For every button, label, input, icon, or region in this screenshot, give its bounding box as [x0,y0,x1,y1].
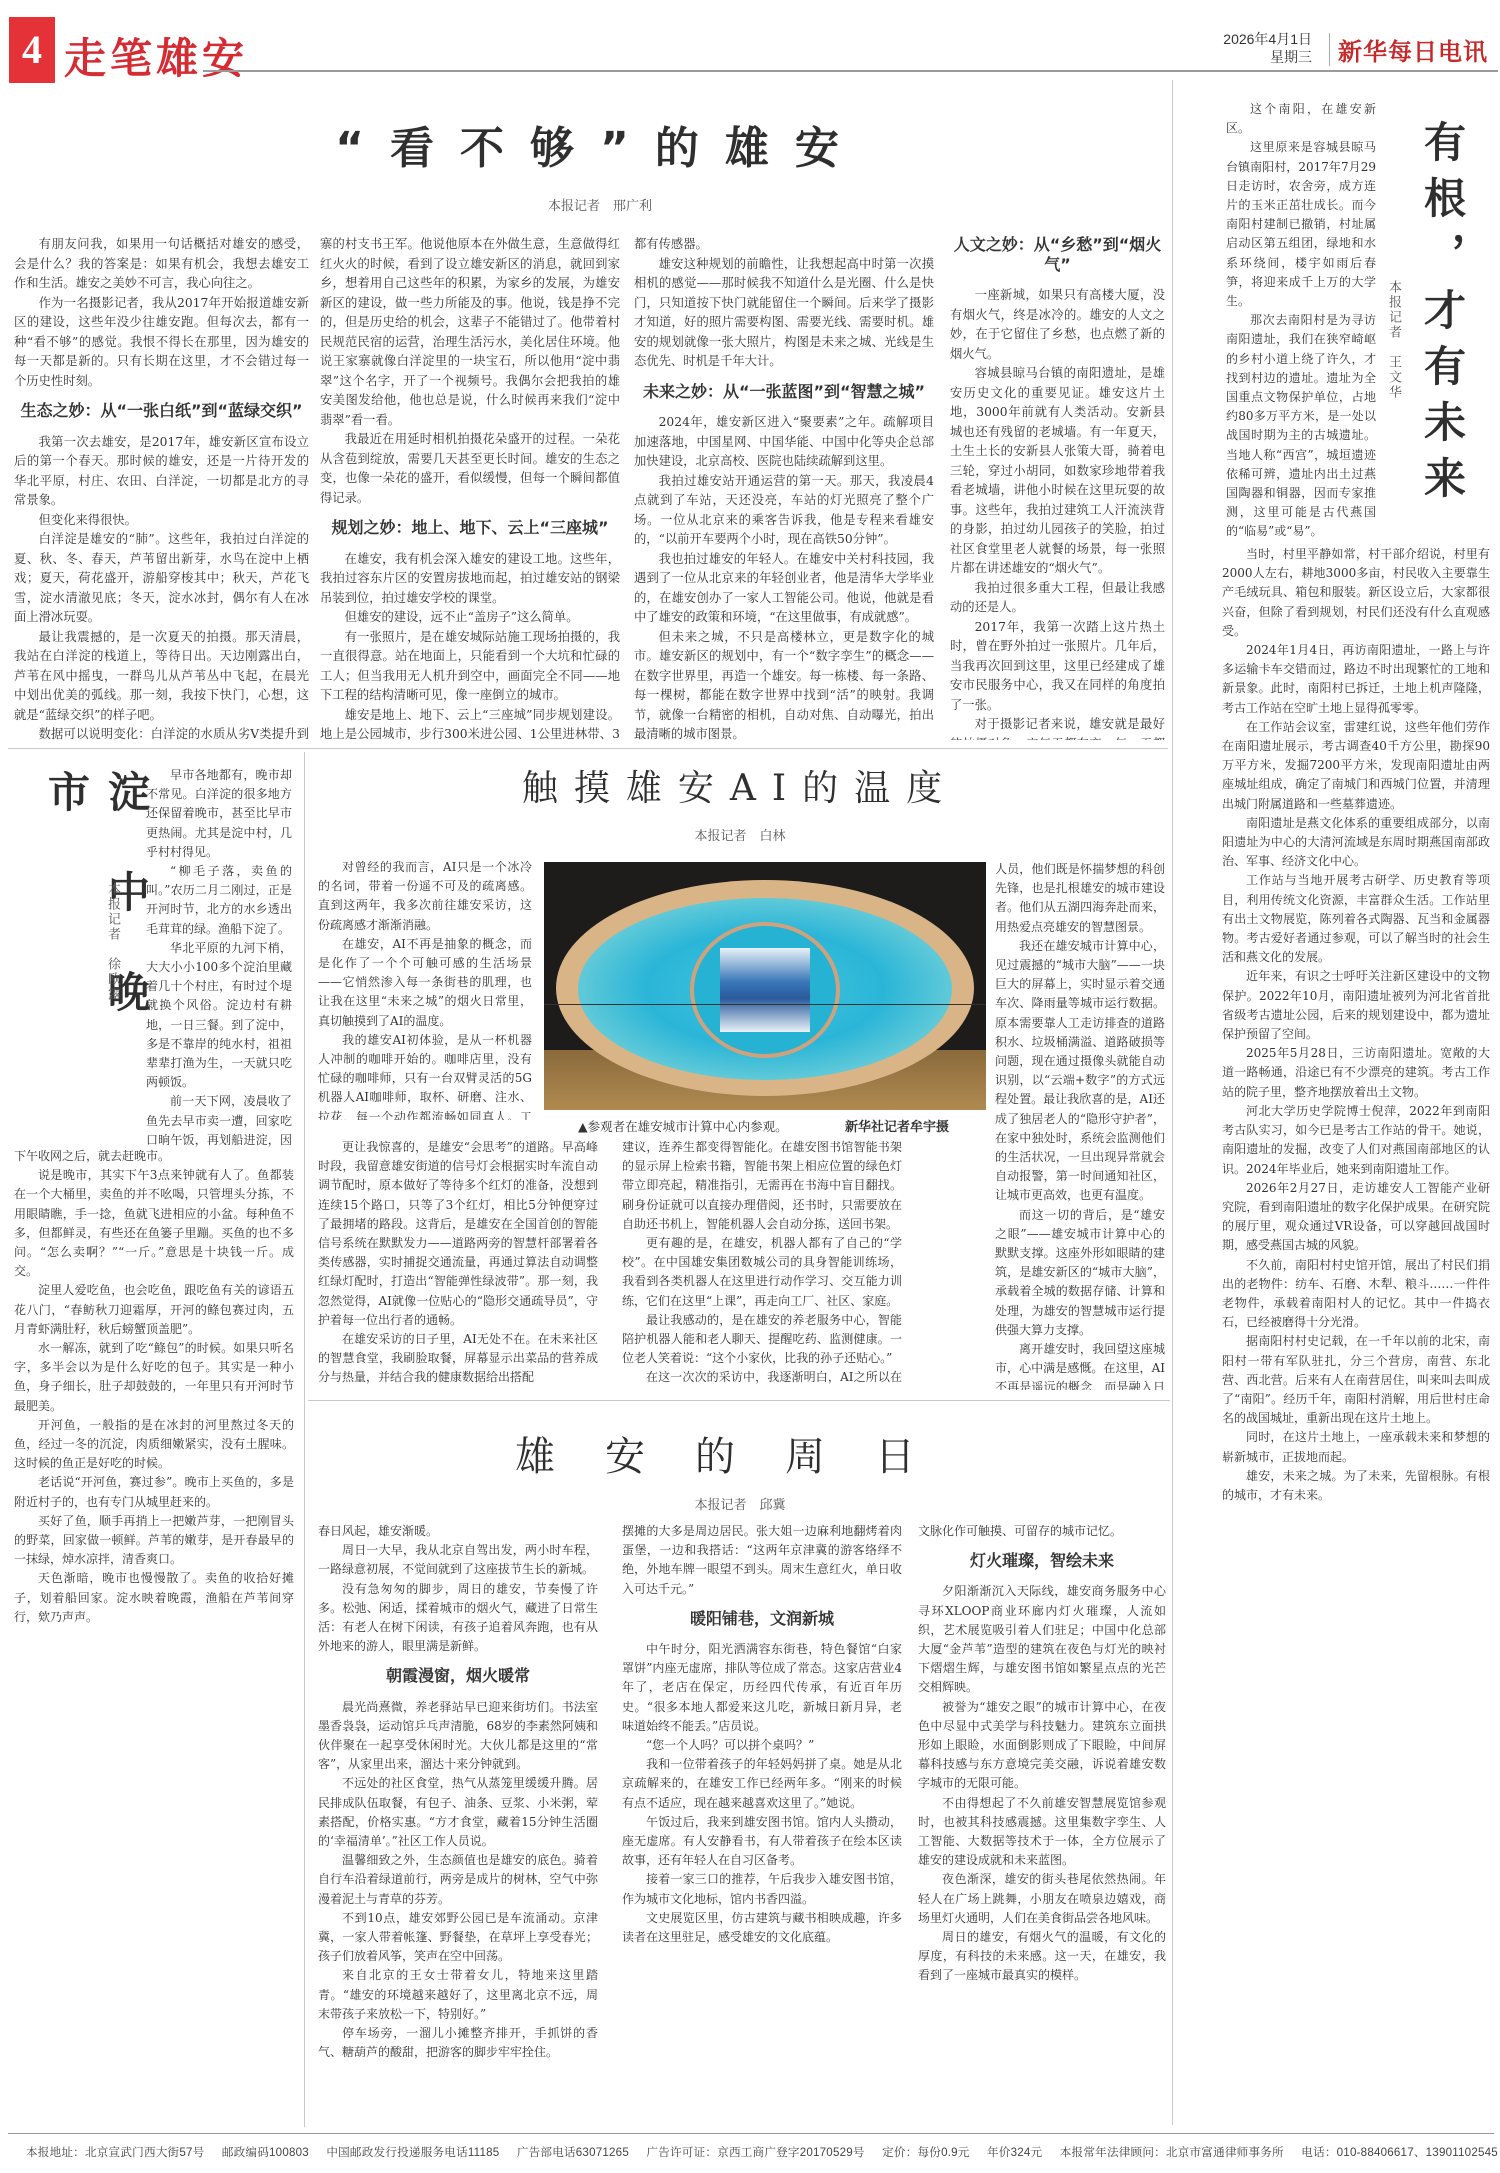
paragraph: 我第一次去雄安，是2017年，雄安新区宣布设立后的第一个春天。那时候的雄安，还是… [14,433,309,511]
article-byline-ai: 本报记者 白林 [640,825,840,844]
paragraph: 我最近在用延时相机拍摄花朵盛开的过程。一朵花从含苞到绽放，需要几天甚至更长时间。… [320,430,620,508]
paragraph: 但未来之城，不只是高楼林立，更是数字化的城市。雄安新区的规划中，有一个“数字孪生… [634,628,934,741]
paragraph: 不久前，南阳村村史馆开馆，展出了村民们捐出的老物件：纺车、石磨、木犁、粮斗……一… [1222,1256,1490,1333]
paragraph: 在雄安，我有机会深入雄安的建设工地。这些年，我拍过容东片区的安置房拔地而起，拍过… [320,550,620,609]
paragraph: 更让我惊喜的，是雄安“会思考”的道路。早高峰时段，我留意雄安街道的信号灯会根据实… [318,1138,598,1330]
footer-ad-license: 广告许可证：京西工商广登字20170529号 [646,2146,864,2159]
paragraph: 文脉化作可触摸、可留存的城市记忆。 [918,1522,1166,1541]
article-column: 都有传感器。 雄安这种规划的前瞻性，让我想起高中时第一次摸相机的感觉——那时候我… [634,235,934,740]
paragraph: 温馨细致之外，生态颜值也是雄安的底色。骑着自行车沿着绿道前行，两旁是成片的树林，… [318,1851,598,1909]
photo-horizon [544,1004,986,1005]
subheading: 朝霞漫窗，烟火暖常 [318,1666,598,1685]
footer-rule [8,2133,1494,2134]
subheading: 灯火璀璨，智绘未来 [918,1551,1166,1570]
date-divider [1329,33,1330,66]
date-text: 2026年4月1日 [1223,30,1312,48]
paragraph: 寨的村支书王军。他说他原本在外做生意，生意做得红红火火的时候，看到了设立雄安新区… [320,235,620,430]
paragraph: 据南阳村村史记载，在一千年以前的北宋，南阳村一带有军队驻扎，分三个营房，南营、东… [1222,1332,1490,1428]
city-computing-center-photo [544,862,986,1110]
paragraph: 我的雄安AI初体验，是从一杯机器人冲制的咖啡开始的。咖啡店里，没有忙碌的咖啡师，… [318,1031,532,1120]
footer-ad-phone: 广告部电话63071265 [517,2146,629,2159]
paragraph: 数据可以说明变化：白洋淀的水质从劣Ⅴ类提升到Ⅲ类，野生鸟类增加到260多种。但对… [14,725,309,740]
article-column: 当时，村里平静如常，村干部介绍说，村里有2000人左右，耕地3000多亩，村民收… [1222,545,1490,2125]
article-column: 人文之妙：从“乡愁”到“烟火气” 一座新城，如果只有高楼大厦，没有烟火气，终是冰… [950,235,1165,740]
paragraph: 我拍过雄安站开通运营的第一天。那天，我凌晨4点就到了车站，天还没亮，车站的灯光照… [634,472,934,550]
issue-date: 2026年4月1日 星期三 [1223,30,1312,66]
paragraph: 一座新城，如果只有高楼大厦，没有烟火气，终是冰冷的。雄安的人文之妙，在于它留住了… [950,286,1165,364]
paragraph: 来自北京的王女士带着女儿，特地来这里踏青。“雄安的环境越来越好了，这里离北京不远… [318,1966,598,2024]
article-byline-zhouri: 本报记者 邱冀 [640,1494,840,1513]
paragraph: 接着一家三口的推荐，午后我步入雄安图书馆，作为城市文化地标，馆内书香四溢。 [622,1870,902,1908]
article-column: 建议，连养生都变得智能化。在雄安图书馆智能书架的显示屏上检索书籍，智能书架上相应… [622,1138,902,1390]
paragraph: 有朋友问我，如果用一句话概括对雄安的感受，会是什么？我的答案是：如果有机会，我想… [14,235,309,294]
paragraph: 前一天下网，凌晨收了鱼先去早市卖一遭，回家吃口晌午饭，再划船进淀，因为一来一回要… [146,1092,292,1151]
paragraph: 雄安这种规划的前瞻性，让我想起高中时第一次摸相机的感觉——那时候我不知道什么是光… [634,255,934,372]
paragraph: 2017年，我第一次踏上这片热土时，曾在野外拍过一张照片。几年后，当我再次回到这… [950,618,1165,716]
paragraph: 工作站与当地开展考古研学、历史教育等项目，利用传统文化资源，丰富群众生活。工作站… [1222,871,1490,967]
page-number: 4 [9,17,55,83]
paragraph: 文史展览区里，仿古建筑与藏书相映成趣，许多读者在这里驻足，感受雄安的文化底蕴。 [622,1909,902,1947]
photo-center-screen [720,948,810,1032]
paragraph: 离开雄安时，我回望这座城市，心中满是感慨。在这里，AI不再是遥远的概念，而是融入… [995,1340,1165,1390]
masthead: 4 走笔雄安 2026年4月1日 星期三 新华每日电讯 [0,0,1500,72]
paragraph: 近年来，有识之士呼吁关注新区建设中的文物保护。2022年10月，南阳遗址被列为河… [1222,967,1490,1044]
paragraph: 周日一大早，我从北京自驾出发，两小时车程，一路绿意初展，不觉间就到了这座拔节生长… [318,1541,598,1579]
paragraph: 在这一次次的采访中，我逐渐明白，AI之所以在雄安有温度，是因为雄安始终把“人”放… [622,1368,902,1390]
paragraph: 华北平原的九河下梢，大大小小100多个淀泊里藏着几十个村庄，有时过个堤就换个风俗… [146,939,292,1093]
paragraph: 在工作站会议室，雷建红说，这些年他们劳作在南阳遗址展示，考古调查40千方公里，勘… [1222,718,1490,814]
paragraph: 夜色渐深，雄安的街头巷尾依然热闹。年轻人在广场上跳舞，小朋友在喷泉边嬉戏，商场里… [918,1870,1166,1928]
paragraph: 不远处的社区食堂，热气从蒸笼里缓缓升腾。居民排成队伍取餐，有包子、油条、豆浆、小… [318,1774,598,1851]
article-title-yougen: 有根，才有未来 [1412,120,1472,540]
paragraph: 不到10点，雄安郊野公园已是车流涌动。京津冀，一家人带着帐篷、野餐垫，在草坪上享… [318,1909,598,1967]
paragraph: 我拍过很多重大工程，但最让我感动的还是人。 [950,579,1165,618]
paragraph: 那次去南阳村是为寻访南阳遗址，我们在狭窄崎岖的乡村小道上绕了许久，才找到村边的遗… [1226,311,1376,540]
paragraph: 在雄安采访的日子里，AI无处不在。在未来社区的智慧食堂，我刷脸取餐，屏幕显示出菜… [318,1330,598,1388]
paragraph: 夕阳渐渐沉入天际线，雄安商务服务中心寻环XLOOP商业环廊内灯火璀璨，人流如织，… [918,1582,1166,1697]
paragraph: 老话说“开河鱼，赛过参”。晚市上买鱼的，多是附近村子的，也有专门从城里赶来的。 [14,1473,294,1511]
footer-price: 定价：每份0.9元 [882,2146,969,2159]
paragraph: 同时，在这片土地上，一座承载未来和梦想的崭新城市，正拔地而起。 [1222,1428,1490,1466]
article-column: 对曾经的我而言，AI只是一个冰冷的名词，带着一份遥不可及的疏离感。直到这两年，我… [318,858,532,1120]
article-column: 早市各地都有，晚市却不常见。白洋淀的很多地方还保留着晚市，甚至比早市更热闹。尤其… [146,766,292,1151]
paragraph: 而这一切的背后，是“雄安之眼”——雄安城市计算中心的默默支撑。这座外形如眼睛的建… [995,1206,1165,1340]
footer-delivery-phone: 中国邮政发行投递服务电话11185 [326,2146,499,2159]
footer-info: 本报地址：北京宣武门西大街57号 邮政编码100803 中国邮政发行投递服务电话… [26,2144,1500,2160]
footer-annual-price: 年价324元 [987,2146,1042,2159]
subheading: 暖阳铺巷，文润新城 [622,1609,902,1628]
paragraph: 对曾经的我而言，AI只是一个冰冷的名词，带着一份遥不可及的疏离感。直到这两年，我… [318,858,532,935]
paragraph: 没有急匆匆的脚步，周日的雄安，节奏慢了许多。松弛、闲适，揉着城市的烟火气，藏进了… [318,1580,598,1657]
paragraph: 都有传感器。 [634,235,934,255]
article-title-zhouri: 雄安的周日 [310,1425,1170,1482]
paragraph: 春日风起，雄安渐暖。 [318,1522,598,1541]
article-column: 摆摊的大多是周边居民。张大姐一边麻利地翻烤着肉蛋堡，一边和我搭话：“这两年京津冀… [622,1522,902,2127]
section-divider [308,1400,1170,1401]
paragraph: 我还在雄安城市计算中心，见过震撼的“城市大脑”——一块巨大的屏幕上，实时显示着交… [995,937,1165,1206]
photo-credit: 新华社记者牟宇摄 [845,1116,949,1135]
paragraph: 买好了鱼，顺手再捎上一把嫩芦芽，一把刚冒头的野菜，回家做一顿鲜。芦苇的嫩芽，是开… [14,1512,294,1570]
paragraph: 停车场旁，一溜儿小摊整齐排开，手抓饼的香气、糖葫芦的酸甜，把游客的脚步牢牢拴住。 [318,2024,598,2062]
paragraph: 南阳遗址是燕文化体系的重要组成部分，以南阳遗址为中心的大清河流域是东周时期燕国南… [1222,814,1490,872]
article-byline-dianzhongwanshi: 本报记者 徐欧露 [103,882,122,1012]
paragraph: 开河鱼，一般指的是在冰封的河里熬过冬天的鱼，经过一冬的沉淀，肉质细嫩紧实，没有土… [14,1416,294,1474]
paragraph: 有一张照片，是在雄安城际站施工现场拍摄的，我一直很得意。站在地面上，只能看到一个… [320,628,620,706]
paragraph: 2024年，雄安新区进入“聚要素”之年。疏解项目加速落地，中国星网、中国华能、中… [634,413,934,472]
article-column: 寨的村支书王军。他说他原本在外做生意，生意做得红红火火的时候，看到了设立雄安新区… [320,235,620,740]
paragraph: 天色渐暗，晚市也慢慢散了。卖鱼的收拾好摊子，划着船回家。淀水映着晚霞，渔船在芦苇… [14,1569,294,1627]
paragraph: 中午时分，阳光洒满容东街巷，特色餐馆“白家罩饼”内座无虚席，排队等位成了常态。这… [622,1640,902,1736]
footer-address: 本报地址：北京宣武门西大街57号 [26,2146,204,2159]
paragraph: 在雄安，AI不再是抽象的概念，而是化作了一个个可触可感的生活场景——它悄然渗入每… [318,935,532,1031]
subheading: 未来之妙：从“一张蓝图”到“智慧之城” [634,382,934,402]
paragraph: 晨光尚熹微，养老驿站早已迎来街坊们。书法室墨香袅袅，运动馆乒乓声清脆，68岁的李… [318,1698,598,1775]
article-title-dianzhongwanshi: 淀中晚市 [36,770,156,1140]
paragraph: 下午收网之后，就去赶晚市。 [14,1147,294,1166]
footer-legal-counsel: 本报常年法律顾问：北京市富通律师事务所 [1060,2146,1284,2159]
article-column: 有朋友问我，如果用一句话概括对雄安的感受，会是什么？我的答案是：如果有机会，我想… [14,235,309,740]
paragraph: 对于摄影记者来说，雄安就是最好的拍摄对象。它每天都在变，每一天都是新的。我不想错… [950,715,1165,740]
article-column: 人员，他们既是怀揣梦想的科创先锋，也是扎根雄安的城市建设者。他们从五湖四海奔赴而… [995,860,1165,1390]
paragraph: 我也拍过雄安的年轻人。在雄安中关村科技园，我遇到了一位从北京来的年轻创业者，他是… [634,550,934,628]
article-column: 下午收网之后，就去赶晚市。 说是晚市，其实下午3点来钟就有人了。鱼都装在一个大桶… [14,1147,294,2125]
paragraph: 人员，他们既是怀揣梦想的科创先锋，也是扎根雄安的城市建设者。他们从五湖四海奔赴而… [995,860,1165,937]
paragraph: 但雄安的建设，远不止“盖房子”这么简单。 [320,608,620,628]
paragraph: 淀里人爱吃鱼，也会吃鱼，跟吃鱼有关的谚语五花八门，“春鲂秋刀迎霜厚，开河的鲦包赛… [14,1281,294,1339]
article-column: 这个南阳，在雄安新区。 这里原来是容城县晾马台镇南阳村，2017年7月29日走访… [1226,100,1376,540]
article-column: 文脉化作可触摸、可留存的城市记忆。 灯火璀璨，智绘未来 夕阳渐渐沉入天际线，雄安… [918,1522,1166,2127]
paragraph: 2026年2月27日，走访雄安人工智能产业研究院，看到南阳遗址的数字化保护成果。… [1222,1179,1490,1256]
section-divider [8,748,1168,749]
paragraph: 但变化来得很快。 [14,511,309,531]
paragraph: 早市各地都有，晚市却不常见。白洋淀的很多地方还保留着晚市，甚至比早市更热闹。尤其… [146,766,292,862]
footer-postcode: 邮政编码100803 [222,2146,309,2159]
header-rule [203,70,1498,72]
paragraph: 周日的雄安，有烟火气的温暖，有文化的厚度，有科技的未来感。这一天，在雄安，我看到… [918,1928,1166,1986]
paragraph: 水一解冻，就到了吃“鲦包”的时候。如果只听名字，多半会以为是什么好吃的包子。其实… [14,1339,294,1416]
newspaper-logo: 新华每日电讯 [1338,32,1488,67]
paragraph: 白洋淀是雄安的“肺”。这些年，我拍过白洋淀的夏、秋、冬、春天，芦苇留出新芽，水鸟… [14,530,309,628]
subheading: 人文之妙：从“乡愁”到“烟火气” [950,235,1165,274]
paragraph: 最让我震撼的，是一次夏天的拍摄。那天清晨，我站在白洋淀的栈道上，等待日出。天边刚… [14,628,309,726]
paragraph: 我和一位带着孩子的年轻妈妈拼了桌。她是从北京疏解来的，在雄安工作已经两年多。“刚… [622,1755,902,1813]
subheading: 规划之妙：地上、地下、云上“三座城” [320,518,620,538]
paragraph: 当时，村里平静如常，村干部介绍说，村里有2000人左右，耕地3000多亩，村民收… [1222,545,1490,641]
weekday-text: 星期三 [1223,48,1312,66]
article-column: 更让我惊喜的，是雄安“会思考”的道路。早高峰时段，我留意雄安街道的信号灯会根据实… [318,1138,598,1390]
article-title-ai: 触摸雄安AI的温度 [310,760,1170,811]
paragraph: “您一个人吗？可以拼个桌吗？” [622,1736,902,1755]
paragraph: 作为一名摄影记者，我从2017年开始报道雄安新区的建设，这些年没少往雄安跑。但每… [14,294,309,392]
paragraph: 最让我感动的，是在雄安的养老服务中心，智能陪护机器人能和老人聊天、提醒吃药、监测… [622,1311,902,1369]
paragraph: 建议，连养生都变得智能化。在雄安图书馆智能书架的显示屏上检索书籍，智能书架上相应… [622,1138,902,1234]
section-title: 走笔雄安 [64,26,248,86]
column-divider [304,752,305,2127]
article-byline-kanbugou: 本报记者 邢广利 [500,195,700,214]
paragraph: 更有趣的是，在雄安，机器人都有了自己的“学校”。在中国雄安集团数城公司的具身智能… [622,1234,902,1311]
subheading: 生态之妙：从“一张白纸”到“蓝绿交织” [14,401,309,421]
paragraph: 不由得想起了不久前雄安智慧展览馆参观时，也被其科技感震撼。这里集数字孪生、人工智… [918,1794,1166,1871]
paragraph: 2025年5月28日，三访南阳遗址。宽敞的大道一路畅通，沿途已有不少漂亮的建筑。… [1222,1044,1490,1102]
article-column: 春日风起，雄安渐暖。 周日一大早，我从北京自驾出发，两小时车程，一路绿意初展，不… [318,1522,598,2127]
column-divider [1172,80,1173,2125]
paragraph: 雄安，未来之城。为了未来，先留根脉。有根的城市，才有未来。 [1222,1467,1490,1505]
paragraph: 被誉为“雄安之眼”的城市计算中心，在夜色中尽显中式美学与科技魅力。建筑东立面拱形… [918,1698,1166,1794]
paragraph: 摆摊的大多是周边居民。张大姐一边麻利地翻烤着肉蛋堡，一边和我搭话：“这两年京津冀… [622,1522,902,1599]
paragraph: 这里原来是容城县晾马台镇南阳村，2017年7月29日走访时，农舍旁，成方连片的玉… [1226,138,1376,311]
paragraph: 2024年1月4日，再访南阳遗址，一路上与许多运输卡车交错而过，路边不时出现繁忙… [1222,641,1490,718]
paragraph: 容城县晾马台镇的南阳遗址，是雄安历史文化的重要见证。雄安这片土地，3000年前就… [950,364,1165,579]
paragraph: 说是晚市，其实下午3点来钟就有人了。鱼都装在一个大桶里，卖鱼的并不吆喝，只管埋头… [14,1166,294,1281]
paragraph: 雄安是地上、地下、云上“三座城”同步规划建设。地上是公园城市，步行300米进公园… [320,706,620,741]
article-byline-yougen: 本报记者 王文华 [1384,280,1403,410]
photo-caption: ▲参观者在雄安城市计算中心内参观。 [578,1117,788,1135]
footer-contact-phone: 电话：010-88406617、13901102545 [1301,2146,1498,2159]
paragraph: “柳毛子落，卖鱼的叫。”农历二月二刚过，正是开河时节，北方的水乡透出毛茸茸的绿。… [146,862,292,939]
article-title-kanbugou: “看不够”的雄安 [150,112,1050,176]
paragraph: 这个南阳，在雄安新区。 [1226,100,1376,138]
paragraph: 午饭过后，我来到雄安图书馆。馆内人头攒动，座无虚席。有人安静看书，有人带着孩子在… [622,1813,902,1871]
paragraph: 河北大学历史学院博士倪萍，2022年到南阳考古队实习，如今已是考古工作站的骨干。… [1222,1102,1490,1179]
